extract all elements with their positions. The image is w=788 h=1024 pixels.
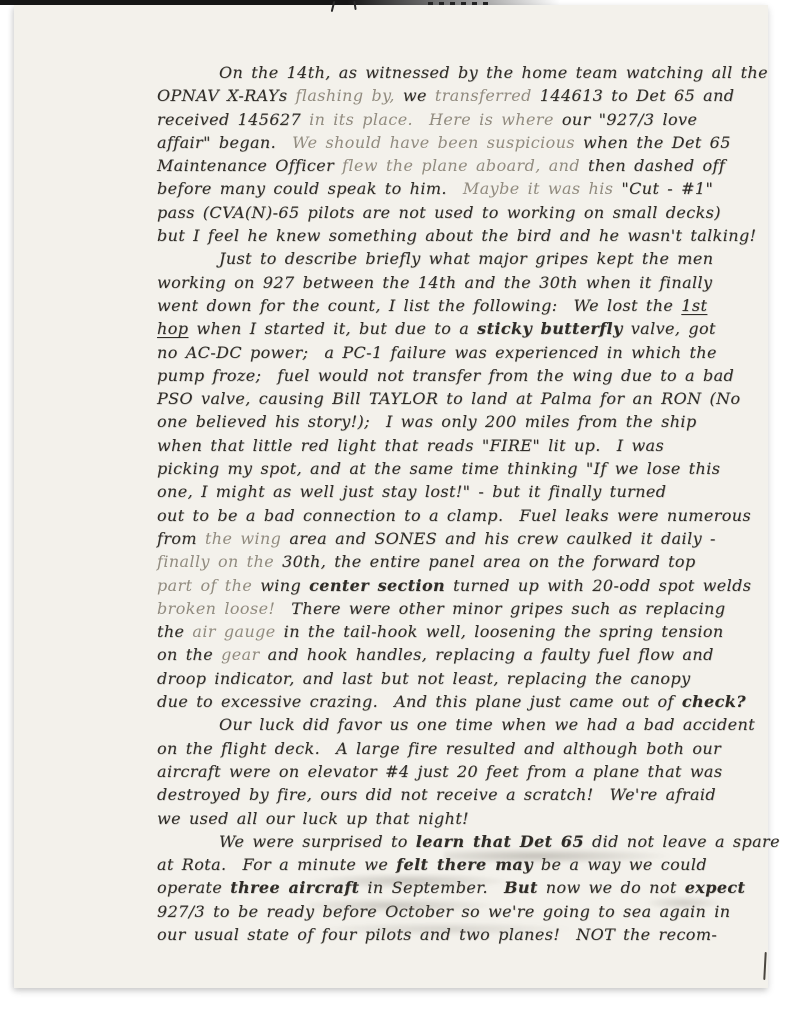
text-line: but I feel he knew something about the b… [157,224,737,247]
text-segment: when that little red light that reads "F… [157,436,664,455]
text-line: picking my spot, and at the same time th… [157,457,737,480]
text-segment: when the Det 65 [575,133,731,152]
text-line: received 145627 in its place. Here is wh… [157,108,737,131]
text-line: on the flight deck. A large fire resulte… [157,737,737,760]
text-segment: wing [252,576,309,595]
text-segment: did not leave a spare [584,832,780,851]
text-line: hop when I started it, but due to a stic… [157,317,737,340]
text-segment: air gauge [192,622,275,641]
text-line: one, I might as well just stay lost!" - … [157,480,737,503]
text-segment: gear [221,645,260,664]
scan-background: On the 14th, as witnessed by the home te… [0,0,788,1024]
text-line: no AC-DC power; a PC-1 failure was exper… [157,341,737,364]
text-segment: Just to describe briefly what major grip… [219,249,713,268]
text-line: we used all our luck up that night! [157,807,737,830]
text-segment: one, I might as well just stay lost!" - … [157,482,666,501]
text-segment: flashing by, [296,86,395,105]
text-segment: pass (CVA(N)-65 pilots are not used to w… [157,203,721,222]
text-segment: pump froze; fuel would not transfer from… [157,366,734,385]
text-segment: learn that Det 65 [416,832,584,851]
text-segment: check? [682,692,746,711]
text-line: aircraft were on elevator #4 just 20 fee… [157,760,737,783]
text-line: pump froze; fuel would not transfer from… [157,364,737,387]
text-segment: no AC-DC power; a PC-1 failure was exper… [157,343,717,362]
text-segment: the [157,622,192,641]
scan-dotted-mark [428,2,488,5]
text-segment: from [157,529,205,548]
text-segment: the wing [205,529,281,548]
text-segment: We were surprised to [219,832,416,851]
text-segment: We should have been suspicious [292,133,575,152]
text-line: Just to describe briefly what major grip… [157,247,737,270]
text-segment: valve, got [623,319,716,338]
paragraph: Just to describe briefly what major grip… [157,247,737,713]
text-segment: 144613 to Det 65 and [532,86,735,105]
text-segment: affair" began. [157,133,292,152]
text-segment: But [504,878,538,897]
text-segment: turned up with 20-odd spot welds [445,576,751,595]
text-line: due to excessive crazing. And this plane… [157,690,737,713]
text-segment: transferred [435,86,532,105]
text-line: finally on the 30th, the entire panel ar… [157,550,737,573]
text-segment: one believed his story!); I was only 200… [157,412,697,431]
text-line: PSO valve, causing Bill TAYLOR to land a… [157,387,737,410]
text-line: working on 927 between the 14th and the … [157,271,737,294]
text-segment: then dashed off [580,156,725,175]
text-segment: area and SONES and his crew caulked it d… [281,529,716,548]
text-segment: center section [309,576,445,595]
text-line: part of the wing center section turned u… [157,574,737,597]
text-segment: when I started it, but due to a [188,319,477,338]
text-segment: OPNAV X-RAYs [157,86,296,105]
text-segment: On the 14th, as witnessed by the home te… [219,63,768,82]
text-segment: we [395,86,435,105]
text-segment: due to excessive crazing. And this plane… [157,692,682,711]
text-segment: PSO valve, causing Bill TAYLOR to land a… [157,389,741,408]
text-line: on the gear and hook handles, replacing … [157,643,737,666]
text-line: affair" began. We should have been suspi… [157,131,737,154]
text-line: On the 14th, as witnessed by the home te… [157,61,737,84]
text-segment: on the flight deck. A large fire resulte… [157,739,721,758]
text-segment: 927/3 to be ready before October so we'r… [157,902,730,921]
text-segment: part of the [157,576,252,595]
paragraph: We were surprised to learn that Det 65 d… [157,830,737,946]
scanned-page: On the 14th, as witnessed by the home te… [14,5,768,988]
text-line: before many could speak to him. Maybe it… [157,177,737,200]
text-line: one believed his story!); I was only 200… [157,410,737,433]
text-line: Our luck did favor us one time when we h… [157,713,737,736]
text-line: from the wing area and SONES and his cre… [157,527,737,550]
text-line: the air gauge in the tail-hook well, loo… [157,620,737,643]
text-line: We were surprised to learn that Det 65 d… [157,830,737,853]
text-segment: aircraft were on elevator #4 just 20 fee… [157,762,722,781]
text-segment: but I feel he knew something about the b… [157,226,756,245]
text-line: at Rota. For a minute we felt there may … [157,853,737,876]
text-segment: in September. [359,878,504,897]
text-segment: went down for the count, I list the foll… [157,296,681,315]
text-line: operate three aircraft in September. But… [157,876,737,899]
text-segment: Our luck did favor us one time when we h… [219,715,755,734]
document-text: On the 14th, as witnessed by the home te… [157,61,737,946]
text-line: destroyed by fire, ours did not receive … [157,783,737,806]
text-segment: flew the plane aboard, and [342,156,580,175]
text-line: our usual state of four pilots and two p… [157,923,737,946]
text-segment: in its place. Here is where [309,110,554,129]
text-segment: broken loose! [157,599,275,618]
text-line: droop indicator, and last but not least,… [157,667,737,690]
text-segment: 30th, the entire panel area on the forwa… [274,552,696,571]
text-segment: be a way we could [533,855,707,874]
text-segment: now we do not [538,878,685,897]
paragraph: Our luck did favor us one time when we h… [157,713,737,829]
text-segment: out to be a bad connection to a clamp. F… [157,506,751,525]
text-segment: picking my spot, and at the same time th… [157,459,720,478]
text-segment: expect [685,878,746,897]
text-segment: received 145627 [157,110,309,129]
text-segment: finally on the [157,552,274,571]
text-line: OPNAV X-RAYs flashing by, we transferred… [157,84,737,107]
text-segment: sticky butterfly [477,319,623,338]
text-segment: destroyed by fire, ours did not receive … [157,785,716,804]
text-segment: at Rota. For a minute we [157,855,396,874]
text-line: went down for the count, I list the foll… [157,294,737,317]
text-segment: operate [157,878,230,897]
text-segment: on the [157,645,221,664]
text-segment: Maintenance Officer [157,156,342,175]
text-segment: Maybe it was his [463,179,613,198]
text-segment: we used all our luck up that night! [157,809,469,828]
text-segment: 1st [681,296,707,315]
text-line: broken loose! There were other minor gri… [157,597,737,620]
text-line: 927/3 to be ready before October so we'r… [157,900,737,923]
paragraph: On the 14th, as witnessed by the home te… [157,61,737,247]
text-line: when that little red light that reads "F… [157,434,737,457]
text-segment: three aircraft [230,878,359,897]
text-segment: before many could speak to him. [157,179,463,198]
text-segment: in the tail-hook well, loosening the spr… [276,622,724,641]
text-segment: our usual state of four pilots and two p… [157,925,717,944]
text-segment: our "927/3 love [554,110,697,129]
text-line: out to be a bad connection to a clamp. F… [157,504,737,527]
text-line: pass (CVA(N)-65 pilots are not used to w… [157,201,737,224]
text-segment: and hook handles, replacing a faulty fue… [260,645,714,664]
text-segment: There were other minor gripes such as re… [275,599,725,618]
text-segment: "Cut - #1" [613,179,713,198]
text-segment: droop indicator, and last but not least,… [157,669,691,688]
text-line: Maintenance Officer flew the plane aboar… [157,154,737,177]
text-segment: felt there may [396,855,533,874]
text-segment: hop [157,319,188,338]
page-edge-mark [763,952,766,980]
text-segment: working on 927 between the 14th and the … [157,273,713,292]
